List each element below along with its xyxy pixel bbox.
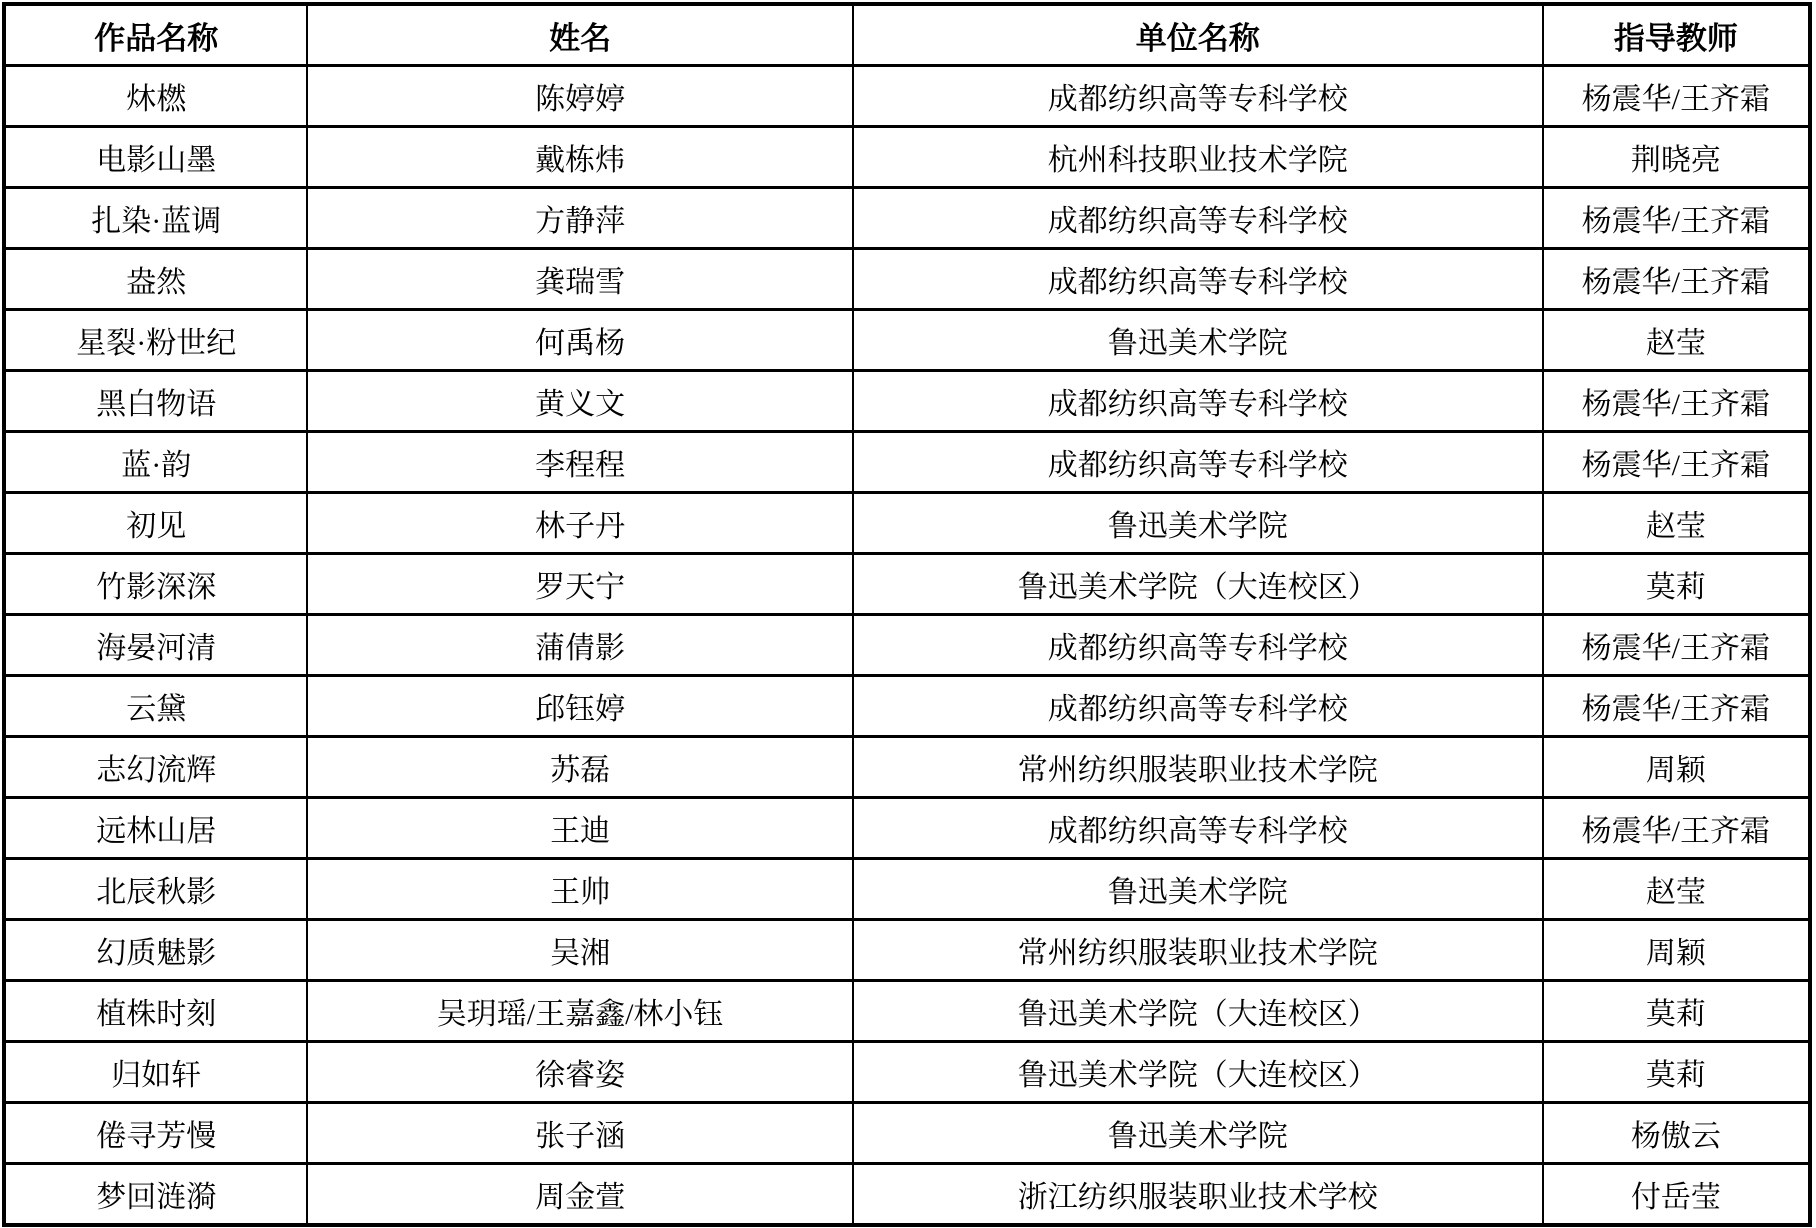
- table-cell-institution: 杭州科技职业技术学院: [853, 127, 1543, 188]
- table-cell-institution: 鲁迅美术学院: [853, 310, 1543, 371]
- table-cell-institution: 鲁迅美术学院: [853, 859, 1543, 920]
- table-row: 幻质魅影吴湘常州纺织服装职业技术学院周颖: [4, 920, 1810, 981]
- table-cell-advisor: 荆晓亮: [1543, 127, 1810, 188]
- table-cell-advisor: 赵莹: [1543, 493, 1810, 554]
- table-row: 北辰秋影王帅鲁迅美术学院赵莹: [4, 859, 1810, 920]
- table-cell-author-name: 李程程: [307, 432, 852, 493]
- table-cell-institution: 成都纺织高等专科学校: [853, 615, 1543, 676]
- table-cell-work-title: 云黛: [4, 676, 307, 737]
- table-row: 星裂·粉世纪何禹杨鲁迅美术学院赵莹: [4, 310, 1810, 371]
- table-cell-work-title: 梦回涟漪: [4, 1164, 307, 1226]
- table-header: 作品名称 姓名 单位名称 指导教师: [4, 4, 1810, 66]
- table-cell-author-name: 徐睿姿: [307, 1042, 852, 1103]
- table-row: 扎染·蓝调方静萍成都纺织高等专科学校杨震华/王齐霜: [4, 188, 1810, 249]
- awards-table: 作品名称 姓名 单位名称 指导教师 炑橪陈婷婷成都纺织高等专科学校杨震华/王齐霜…: [2, 2, 1812, 1227]
- table-cell-author-name: 吴玥瑶/王嘉鑫/林小钰: [307, 981, 852, 1042]
- table-cell-work-title: 星裂·粉世纪: [4, 310, 307, 371]
- table-cell-work-title: 黑白物语: [4, 371, 307, 432]
- table-cell-work-title: 盎然: [4, 249, 307, 310]
- header-cell-work-title: 作品名称: [4, 4, 307, 66]
- table-cell-advisor: 杨震华/王齐霜: [1543, 249, 1810, 310]
- table-cell-institution: 常州纺织服装职业技术学院: [853, 920, 1543, 981]
- table-cell-author-name: 张子涵: [307, 1103, 852, 1164]
- table-cell-author-name: 吴湘: [307, 920, 852, 981]
- table-cell-work-title: 初见: [4, 493, 307, 554]
- table-row: 初见林子丹鲁迅美术学院赵莹: [4, 493, 1810, 554]
- table-cell-advisor: 杨傲云: [1543, 1103, 1810, 1164]
- table-row: 志幻流辉苏磊常州纺织服装职业技术学院周颖: [4, 737, 1810, 798]
- table-cell-work-title: 幻质魅影: [4, 920, 307, 981]
- table-cell-work-title: 电影山墨: [4, 127, 307, 188]
- document-page: 作品名称 姓名 单位名称 指导教师 炑橪陈婷婷成都纺织高等专科学校杨震华/王齐霜…: [0, 2, 1816, 1228]
- table-cell-author-name: 林子丹: [307, 493, 852, 554]
- table-cell-institution: 成都纺织高等专科学校: [853, 676, 1543, 737]
- table-cell-advisor: 周颖: [1543, 737, 1810, 798]
- table-row: 竹影深深罗天宁鲁迅美术学院（大连校区）莫莉: [4, 554, 1810, 615]
- table-cell-advisor: 杨震华/王齐霜: [1543, 66, 1810, 127]
- header-cell-advisor: 指导教师: [1543, 4, 1810, 66]
- table-cell-author-name: 周金萱: [307, 1164, 852, 1226]
- table-cell-work-title: 北辰秋影: [4, 859, 307, 920]
- table-cell-institution: 鲁迅美术学院（大连校区）: [853, 554, 1543, 615]
- table-cell-institution: 成都纺织高等专科学校: [853, 249, 1543, 310]
- table-cell-work-title: 远林山居: [4, 798, 307, 859]
- table-row: 植株时刻吴玥瑶/王嘉鑫/林小钰鲁迅美术学院（大连校区）莫莉: [4, 981, 1810, 1042]
- table-cell-institution: 常州纺织服装职业技术学院: [853, 737, 1543, 798]
- table-row: 炑橪陈婷婷成都纺织高等专科学校杨震华/王齐霜: [4, 66, 1810, 127]
- table-cell-advisor: 周颖: [1543, 920, 1810, 981]
- table-row: 海晏河清蒲倩影成都纺织高等专科学校杨震华/王齐霜: [4, 615, 1810, 676]
- table-cell-institution: 成都纺织高等专科学校: [853, 66, 1543, 127]
- table-cell-work-title: 倦寻芳慢: [4, 1103, 307, 1164]
- header-cell-institution: 单位名称: [853, 4, 1543, 66]
- table-cell-advisor: 莫莉: [1543, 554, 1810, 615]
- table-row: 远林山居王迪成都纺织高等专科学校杨震华/王齐霜: [4, 798, 1810, 859]
- table-cell-work-title: 蓝·韵: [4, 432, 307, 493]
- table-cell-author-name: 苏磊: [307, 737, 852, 798]
- table-cell-advisor: 杨震华/王齐霜: [1543, 615, 1810, 676]
- table-cell-author-name: 蒲倩影: [307, 615, 852, 676]
- table-cell-author-name: 何禹杨: [307, 310, 852, 371]
- table-cell-author-name: 邱钰婷: [307, 676, 852, 737]
- table-cell-institution: 鲁迅美术学院（大连校区）: [853, 981, 1543, 1042]
- table-cell-author-name: 王帅: [307, 859, 852, 920]
- table-row: 黑白物语黄义文成都纺织高等专科学校杨震华/王齐霜: [4, 371, 1810, 432]
- table-row: 蓝·韵李程程成都纺织高等专科学校杨震华/王齐霜: [4, 432, 1810, 493]
- table-cell-advisor: 赵莹: [1543, 310, 1810, 371]
- table-cell-advisor: 杨震华/王齐霜: [1543, 432, 1810, 493]
- table-row: 电影山墨戴栋炜杭州科技职业技术学院荆晓亮: [4, 127, 1810, 188]
- table-cell-advisor: 杨震华/王齐霜: [1543, 798, 1810, 859]
- table-cell-advisor: 杨震华/王齐霜: [1543, 188, 1810, 249]
- table-row: 盎然龚瑞雪成都纺织高等专科学校杨震华/王齐霜: [4, 249, 1810, 310]
- table-row: 倦寻芳慢张子涵鲁迅美术学院杨傲云: [4, 1103, 1810, 1164]
- table-cell-advisor: 莫莉: [1543, 1042, 1810, 1103]
- table-cell-institution: 鲁迅美术学院: [853, 493, 1543, 554]
- table-cell-work-title: 竹影深深: [4, 554, 307, 615]
- table-cell-advisor: 杨震华/王齐霜: [1543, 371, 1810, 432]
- table-body: 炑橪陈婷婷成都纺织高等专科学校杨震华/王齐霜电影山墨戴栋炜杭州科技职业技术学院荆…: [4, 66, 1810, 1226]
- table-cell-advisor: 付岳莹: [1543, 1164, 1810, 1226]
- table-cell-advisor: 赵莹: [1543, 859, 1810, 920]
- table-cell-author-name: 王迪: [307, 798, 852, 859]
- table-cell-institution: 成都纺织高等专科学校: [853, 188, 1543, 249]
- table-cell-work-title: 海晏河清: [4, 615, 307, 676]
- table-cell-author-name: 黄义文: [307, 371, 852, 432]
- table-cell-advisor: 莫莉: [1543, 981, 1810, 1042]
- table-cell-institution: 成都纺织高等专科学校: [853, 371, 1543, 432]
- table-cell-author-name: 罗天宁: [307, 554, 852, 615]
- table-row: 云黛邱钰婷成都纺织高等专科学校杨震华/王齐霜: [4, 676, 1810, 737]
- table-cell-author-name: 戴栋炜: [307, 127, 852, 188]
- header-row: 作品名称 姓名 单位名称 指导教师: [4, 4, 1810, 66]
- table-row: 归如轩徐睿姿鲁迅美术学院（大连校区）莫莉: [4, 1042, 1810, 1103]
- table-cell-institution: 成都纺织高等专科学校: [853, 432, 1543, 493]
- table-cell-author-name: 陈婷婷: [307, 66, 852, 127]
- table-cell-advisor: 杨震华/王齐霜: [1543, 676, 1810, 737]
- table-cell-institution: 成都纺织高等专科学校: [853, 798, 1543, 859]
- table-cell-institution: 鲁迅美术学院（大连校区）: [853, 1042, 1543, 1103]
- table-cell-institution: 浙江纺织服装职业技术学校: [853, 1164, 1543, 1226]
- table-cell-work-title: 炑橪: [4, 66, 307, 127]
- table-cell-work-title: 扎染·蓝调: [4, 188, 307, 249]
- table-cell-work-title: 归如轩: [4, 1042, 307, 1103]
- table-cell-institution: 鲁迅美术学院: [853, 1103, 1543, 1164]
- table-cell-author-name: 方静萍: [307, 188, 852, 249]
- table-row: 梦回涟漪周金萱浙江纺织服装职业技术学校付岳莹: [4, 1164, 1810, 1226]
- table-cell-author-name: 龚瑞雪: [307, 249, 852, 310]
- header-cell-author-name: 姓名: [307, 4, 852, 66]
- table-cell-work-title: 植株时刻: [4, 981, 307, 1042]
- table-cell-work-title: 志幻流辉: [4, 737, 307, 798]
